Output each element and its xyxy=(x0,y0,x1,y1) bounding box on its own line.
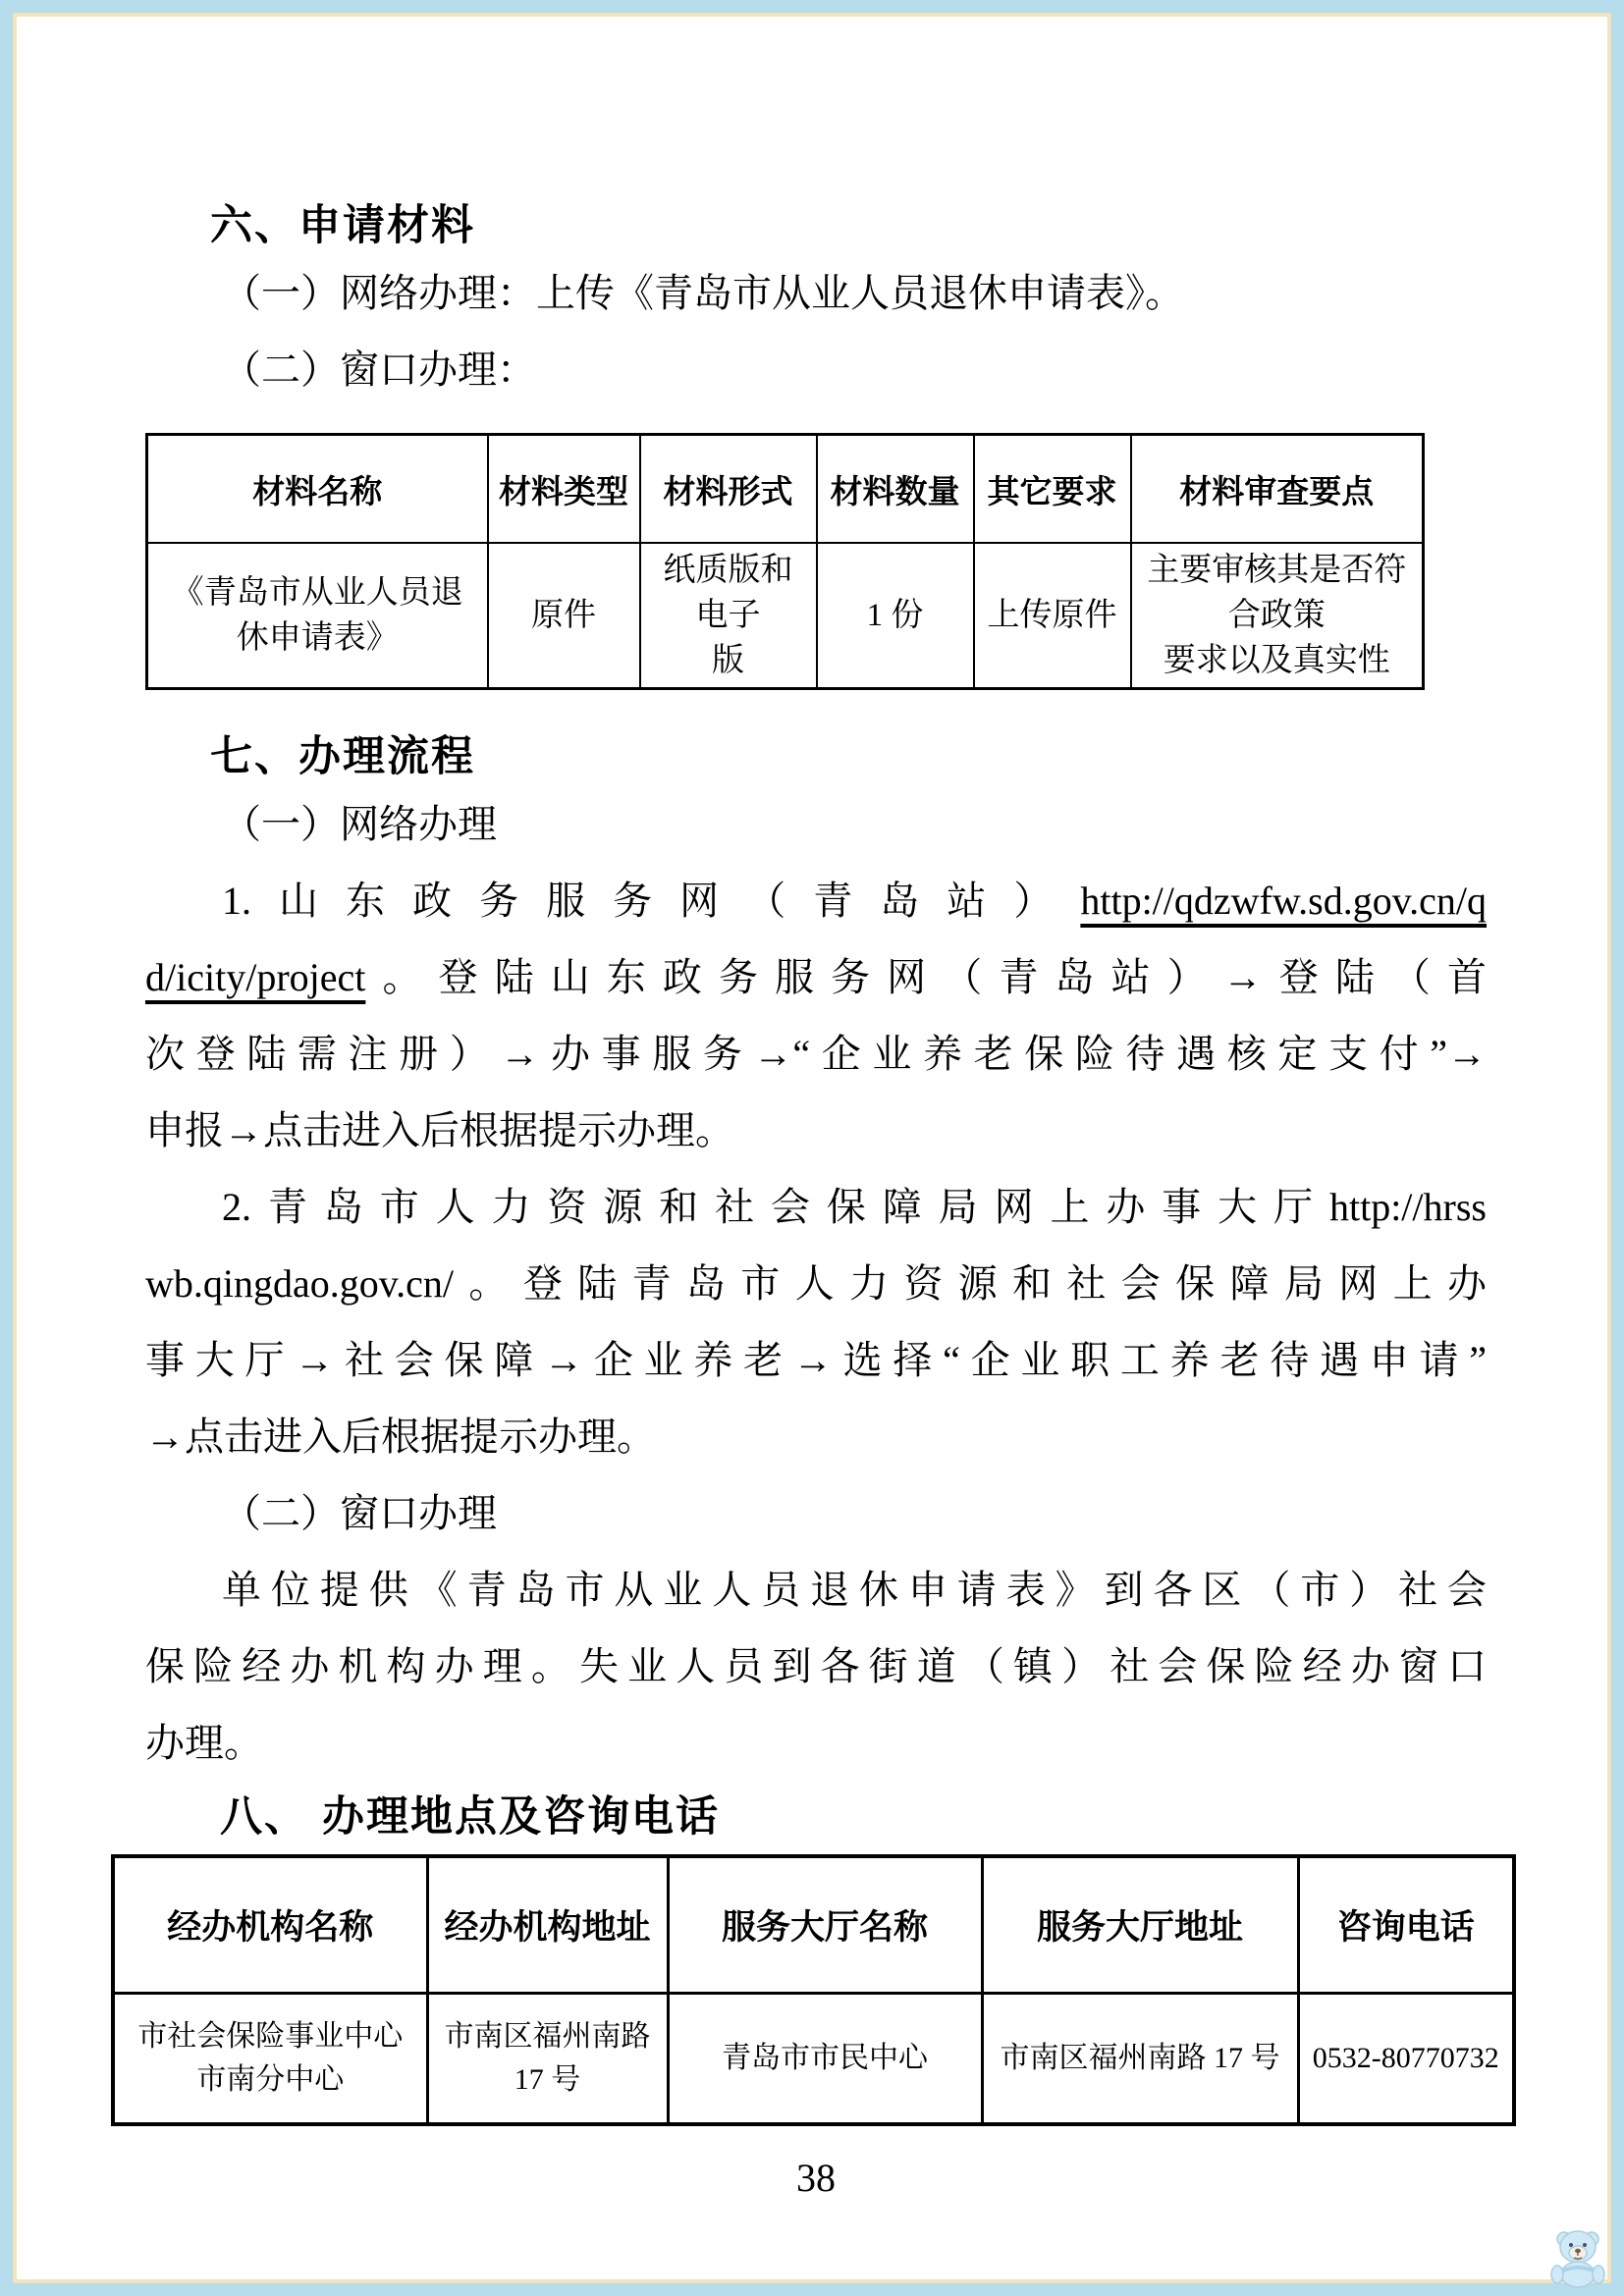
locations-cell-agency-name: 市社会保险事业中心 市南分中心 xyxy=(113,1994,427,2125)
p1-line2: d/icity/project。登陆山东政务服务网（青岛站）→登陆（首 xyxy=(145,939,1487,1016)
page-content: 六、申请材料 （一）网络办理：上传《青岛市从业人员退休申请表》。 （二）窗口办理… xyxy=(145,0,1487,2203)
section6-item2: （二）窗口办理： xyxy=(145,332,1487,408)
p1-line1: 1.山东政务服务网（青岛站）http://qdzwfw.sd.gov.cn/q xyxy=(145,863,1487,939)
materials-header-type: 材料类型 xyxy=(488,435,640,544)
materials-header-qty: 材料数量 xyxy=(817,435,974,544)
p3-line2: 保险经办机构办理。失业人员到各街道（镇）社会保险经办窗口 xyxy=(145,1629,1487,1705)
p3-line3: 办理。 xyxy=(145,1705,1487,1782)
p1-line1-text: 1.山东政务服务网（青岛站） xyxy=(222,879,1080,923)
locations-table-header-row: 经办机构名称 经办机构地址 服务大厅名称 服务大厅地址 咨询电话 xyxy=(113,1856,1514,1994)
section8-title: 八、 办理地点及咨询电话 xyxy=(145,1788,1487,1846)
p2-line4: →点击进入后根据提示办理。 xyxy=(145,1399,1487,1475)
locations-header-agency-name: 经办机构名称 xyxy=(113,1856,427,1994)
section7-sub2: （二）窗口办理 xyxy=(145,1475,1487,1552)
section7-sub1: （一）网络办理 xyxy=(145,786,1487,863)
materials-header-review: 材料审查要点 xyxy=(1131,435,1424,544)
p1-line4: 申报→点击进入后根据提示办理。 xyxy=(145,1093,1487,1169)
p1-line3: 次登陆需注册）→办事服务→“企业养老保险待遇核定支付”→ xyxy=(145,1016,1487,1093)
teddy-bear-icon xyxy=(1547,2223,1608,2288)
materials-cell-type: 原件 xyxy=(488,543,640,689)
locations-cell-phone: 0532-80770732 xyxy=(1298,1994,1514,2125)
paragraph-window: 单位提供《青岛市从业人员退休申请表》到各区（市）社会 保险经办机构办理。失业人员… xyxy=(145,1552,1487,1782)
p1-url-link[interactable]: http://qdzwfw.sd.gov.cn/q xyxy=(1080,879,1487,923)
section6-item1: （一）网络办理：上传《青岛市从业人员退休申请表》。 xyxy=(145,255,1487,332)
locations-cell-hall-address: 市南区福州南路 17 号 xyxy=(982,1994,1298,2125)
locations-header-phone: 咨询电话 xyxy=(1298,1856,1514,1994)
materials-header-name: 材料名称 xyxy=(147,435,488,544)
paragraph-online-1: 1.山东政务服务网（青岛站）http://qdzwfw.sd.gov.cn/q … xyxy=(145,863,1487,1169)
locations-table-row: 市社会保险事业中心 市南分中心 市南区福州南路 17 号 青岛市市民中心 市南区… xyxy=(113,1994,1514,2125)
locations-header-agency-address: 经办机构地址 xyxy=(427,1856,668,1994)
locations-cell-hall-name: 青岛市市民中心 xyxy=(668,1994,982,2125)
p3-line1: 单位提供《青岛市从业人员退休申请表》到各区（市）社会 xyxy=(145,1552,1487,1629)
materials-cell-other: 上传原件 xyxy=(974,543,1131,689)
locations-cell-agency-address: 市南区福州南路 17 号 xyxy=(427,1994,668,2125)
locations-table: 经办机构名称 经办机构地址 服务大厅名称 服务大厅地址 咨询电话 市社会保险事业… xyxy=(111,1854,1516,2126)
section7-title: 七、办理流程 xyxy=(145,727,1487,786)
materials-header-form: 材料形式 xyxy=(640,435,817,544)
materials-cell-review: 主要审核其是否符合政策 要求以及真实性 xyxy=(1131,543,1424,689)
locations-header-hall-name: 服务大厅名称 xyxy=(668,1856,982,1994)
materials-header-other: 其它要求 xyxy=(974,435,1131,544)
materials-cell-form: 纸质版和电子 版 xyxy=(640,543,817,689)
p2-line3: 事大厅→社会保障→企业养老→选择“企业职工养老待遇申请” xyxy=(145,1322,1487,1399)
materials-cell-name: 《青岛市从业人员退 休申请表》 xyxy=(147,543,488,689)
materials-table: 材料名称 材料类型 材料形式 材料数量 其它要求 材料审查要点 《青岛市从业人员… xyxy=(145,433,1425,690)
p1-line2-text: 。登陆山东政务服务网（青岛站）→登陆（首 xyxy=(365,955,1487,999)
p1-url-link-continued[interactable]: d/icity/project xyxy=(145,955,365,999)
document-page: 六、申请材料 （一）网络办理：上传《青岛市从业人员退休申请表》。 （二）窗口办理… xyxy=(0,0,1624,2296)
materials-cell-qty: 1 份 xyxy=(817,543,974,689)
p2-line1: 2.青岛市人力资源和社会保障局网上办事大厅http://hrss xyxy=(145,1169,1487,1246)
p2-line2: wb.qingdao.gov.cn/。登陆青岛市人力资源和社会保障局网上办 xyxy=(145,1246,1487,1322)
materials-table-row: 《青岛市从业人员退 休申请表》 原件 纸质版和电子 版 1 份 上传原件 主要审… xyxy=(147,543,1424,689)
section6-title: 六、申请材料 xyxy=(145,196,1487,255)
materials-table-header-row: 材料名称 材料类型 材料形式 材料数量 其它要求 材料审查要点 xyxy=(147,435,1424,544)
page-number: 38 xyxy=(145,2154,1487,2203)
locations-header-hall-address: 服务大厅地址 xyxy=(982,1856,1298,1994)
paragraph-online-2: 2.青岛市人力资源和社会保障局网上办事大厅http://hrss wb.qing… xyxy=(145,1169,1487,1475)
